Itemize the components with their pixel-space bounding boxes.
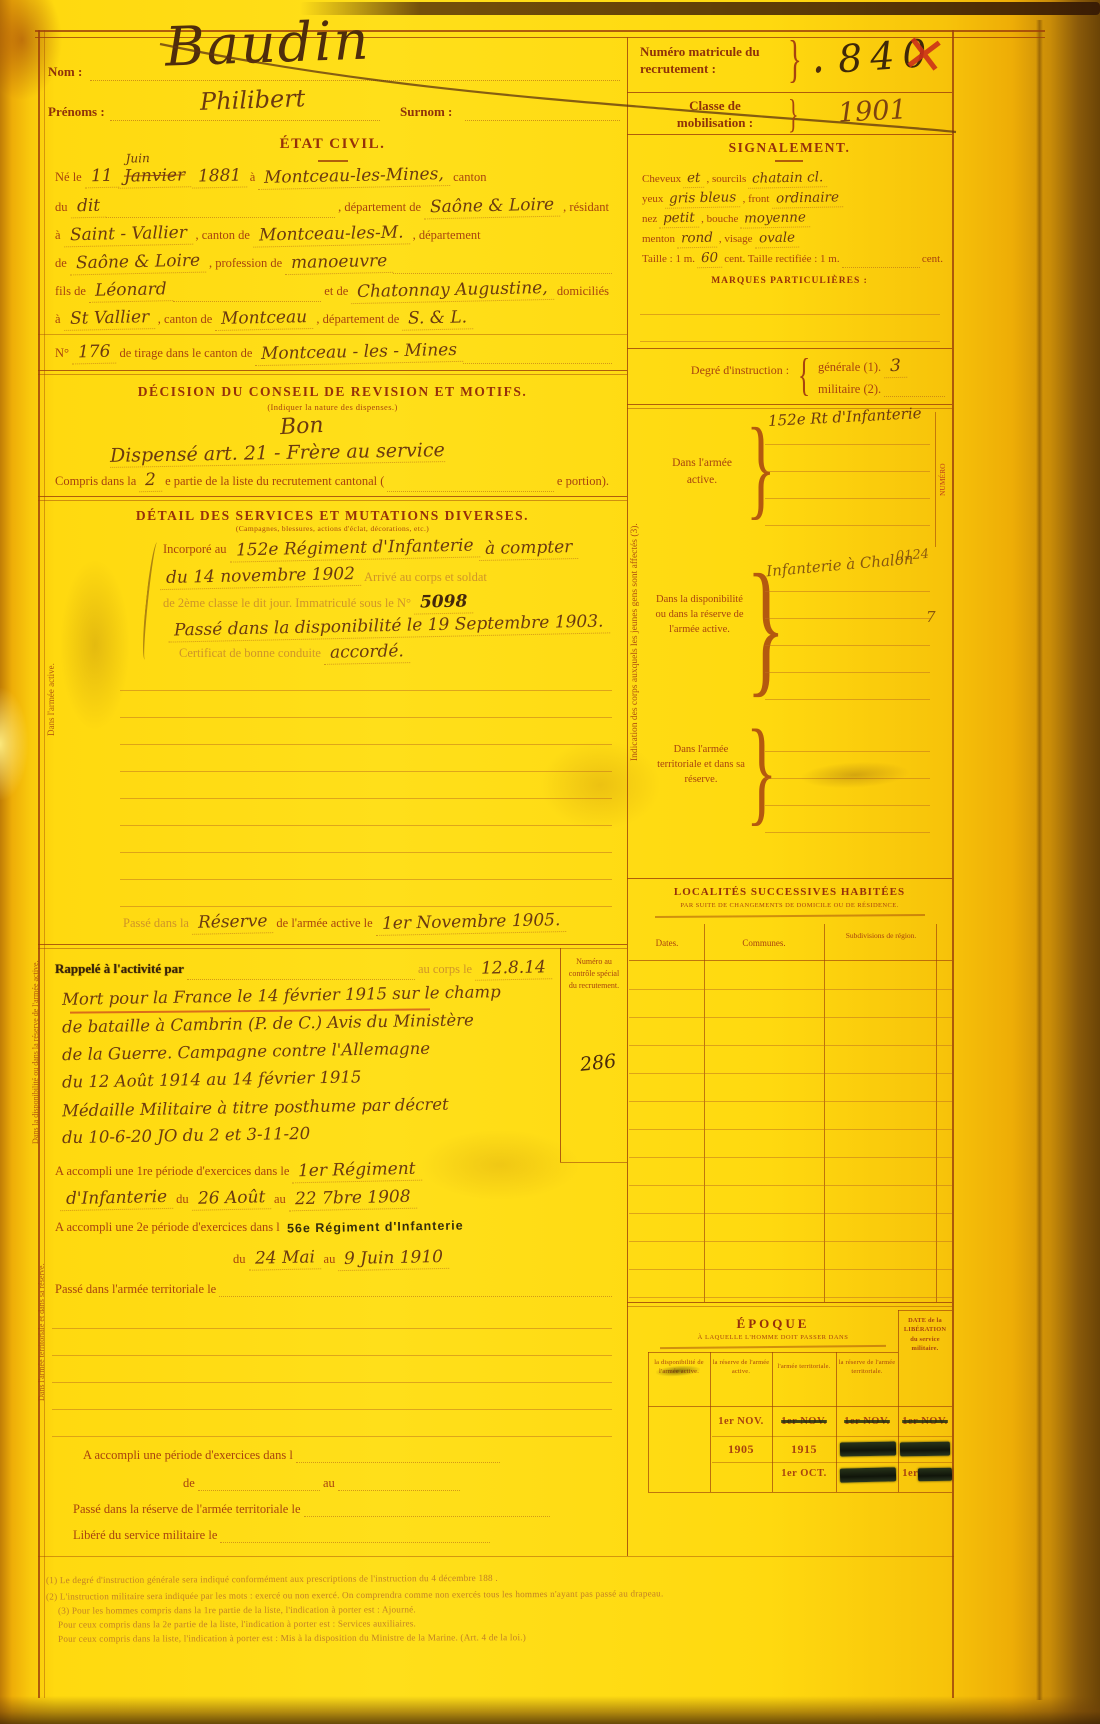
signalement-row: nezpetit, bouchemoyenne: [640, 210, 945, 228]
corps-box-territoriale-label: Dans l'armée territoriale et dans sa rés…: [655, 742, 747, 788]
pen-bracket: [140, 542, 162, 660]
rappel-hand-line: Médaille Militaire à titre posthume par …: [62, 1095, 449, 1121]
epoque-col-header: l'armée territoriale.: [774, 1362, 834, 1371]
section-line: [38, 370, 627, 371]
epoque-header-line: [648, 1406, 952, 1407]
decision-subtitle: (Indiquer la nature des dispenses.): [38, 402, 627, 412]
localites-header-line: [629, 960, 952, 961]
numero-strip-label: NUMÉRO: [938, 430, 947, 530]
decision-title: DÉCISION DU CONSEIL DE REVISION ET MOTIF…: [38, 384, 627, 400]
localites-header-communes: Communes.: [706, 938, 822, 948]
blank-ruled-lines: [120, 664, 612, 907]
instruction-generale-value: 3: [884, 356, 907, 378]
service-line: Incorporé au152e Régiment d'Infanterieà …: [160, 538, 610, 560]
services-title: DÉTAIL DES SERVICES ET MUTATIONS DIVERSE…: [38, 508, 627, 524]
fill-line: [884, 383, 945, 397]
signalement-row: Taille : 1 m.60cent. Taille rectifiée : …: [640, 250, 945, 268]
frame-left-line: [38, 30, 40, 1698]
localites-title: LOCALITÉS SUCCESSIVES HABITÉES: [627, 886, 952, 898]
header-row-line2: [627, 134, 952, 135]
bottom-left-line: deau: [180, 1476, 460, 1491]
corps-box-ruled-lines: [765, 565, 930, 700]
prenoms-value: Philibert: [200, 84, 306, 116]
etat-civil-line: àSaint - Vallier, canton deMontceau-les-…: [52, 224, 612, 246]
corps-box-side-number2: 7: [926, 608, 936, 626]
section-line: [38, 374, 627, 375]
rappel-hand-line: du 10-6-20 JO du 2 et 3-11-20: [62, 1124, 310, 1147]
services-subtitle: (Campagnes, blessures, actions d'éclat, …: [38, 524, 627, 533]
localites-header-dates: Dates.: [632, 938, 702, 948]
classe-label: Classe de mobilisation :: [655, 98, 775, 132]
service-line: du 14 novembre 1902Arrivé au corps et so…: [160, 566, 610, 588]
footnote: Pour ceux compris dans la 2e partie de l…: [58, 1618, 416, 1629]
signalement-row: Cheveuxet, sourcilschatain cl.: [640, 170, 945, 188]
numero-strip-line: [935, 412, 936, 547]
corps-box-ruled-lines: [765, 418, 930, 540]
etat-civil-line: Né le11JuinJanvier1881àMontceau-les-Mine…: [52, 166, 612, 188]
signalement-row: mentonrond, visageovale: [640, 230, 945, 248]
section-line: [627, 878, 952, 879]
etat-civil-line: dudit, département deSaône & Loire, rési…: [52, 196, 612, 218]
paper-crease: [1036, 20, 1043, 1700]
marques-label: MARQUES PARTICULIÈRES :: [627, 276, 952, 286]
periode-line: Passé dans l'armée territoriale le: [52, 1282, 612, 1297]
epoque-value: 1er NOV.: [712, 1416, 770, 1427]
section-line: [38, 944, 627, 945]
red-x-mark: ✕: [898, 23, 950, 88]
title-dash: [318, 160, 348, 162]
epoque-col-line: [898, 1310, 899, 1492]
classe-value: 1901: [837, 94, 907, 129]
instruction-brace: {: [798, 352, 810, 398]
date-col-header: DATE de la LIBÉRATION du service militai…: [900, 1316, 950, 1353]
section-line: [38, 496, 627, 497]
controle-column-line: [560, 948, 561, 1162]
paper-torn-notch: [0, 688, 28, 800]
section-line: [38, 334, 627, 335]
rappel-hand-line: de la Guerre. Campagne contre l'Allemagn…: [62, 1039, 430, 1064]
prenoms-ruled-line: [110, 120, 380, 121]
localites-underline: [655, 914, 925, 918]
matricule-brace: }: [788, 34, 802, 86]
epoque-subtitle: À LAQUELLE L'HOMME DOIT PASSER DANS: [648, 1334, 898, 1341]
controle-value: 286: [579, 1050, 617, 1076]
service-line: de 2ème classe le dit jour. Immatriculé …: [160, 592, 610, 614]
etat-civil-line: àSt Vallier, canton deMontceau, départem…: [52, 308, 612, 330]
classe-brace: }: [788, 94, 799, 134]
redaction-mark: [840, 1442, 896, 1457]
rappel-line: Rappelé à l'activité parau corps le12.8.…: [52, 958, 552, 980]
rappel-hand-line: Mort pour la France le 14 février 1915 s…: [62, 982, 501, 1009]
epoque-value: 1915: [774, 1442, 834, 1457]
bottom-left-line: A accompli une période d'exercices dans …: [80, 1448, 500, 1463]
decision-mention: Bon: [279, 413, 324, 440]
signalement-row: yeuxgris bleus, frontordinaire: [640, 190, 945, 208]
epoque-row-line: [712, 1462, 952, 1463]
localites-bottom-line2: [627, 1306, 952, 1307]
bottom-left-line: Libéré du service militaire le: [70, 1528, 490, 1543]
surnom-label: Surnom :: [400, 104, 452, 120]
epoque-underline: [660, 1345, 886, 1349]
instruction-generale-label: générale (1).: [815, 360, 884, 375]
epoque-value: 1er NOV.: [838, 1416, 896, 1427]
localites-bottom-line: [627, 1302, 952, 1303]
service-line: Passé dans la disponibilité le 19 Septem…: [168, 616, 608, 638]
corps-box-side-number: 0124: [896, 547, 930, 564]
epoque-title: ÉPOQUE: [648, 1316, 898, 1332]
compris-line: Compris dans la2e partie de la liste du …: [52, 470, 612, 492]
footnote: (3) Pour les hommes compris dans la 1re …: [58, 1604, 416, 1615]
section-line: [627, 348, 952, 349]
periode-line: A accompli une 2e période d'exercices da…: [52, 1220, 612, 1235]
redaction-mark: [840, 1467, 896, 1482]
tirage-line: N°176de tirage dans le canton deMontceau…: [52, 342, 612, 364]
reserve-line: Passé dans laRéservede l'armée active le…: [120, 912, 612, 934]
frame-left-line2: [44, 30, 45, 1698]
title-dash: [775, 160, 803, 162]
periode-line: d'Infanteriedu26 Aoûtau22 7bre 1908: [60, 1188, 600, 1210]
etat-civil-line: deSaône & Loire, profession demanoeuvre: [52, 252, 612, 274]
corps-box-dispo-label: Dans la disponibilité ou dans la réserve…: [652, 592, 747, 638]
frame-right-line: [952, 30, 954, 1698]
epoque-col-line: [648, 1352, 649, 1492]
section-line: [38, 948, 627, 949]
prenoms-label: Prénoms :: [48, 104, 105, 120]
epoque-col-line: [710, 1352, 711, 1492]
corps-vertical-label: Indication des corps auxquels les jeunes…: [630, 412, 646, 872]
footnote: (1) Le degré d'instruction générale sera…: [46, 1573, 498, 1585]
decision-motif: Dispensé art. 21 - Frère au service: [110, 439, 445, 468]
epoque-col-line: [836, 1352, 837, 1492]
margin-label-armee-active: Dans l'armée active.: [46, 610, 56, 790]
rappel-hand-line: de bataille à Cambrin (P. de C.) Avis du…: [62, 1010, 474, 1036]
instruction-label: Degré d'instruction :: [690, 362, 790, 379]
epoque-value: 1er OCT.: [774, 1468, 834, 1479]
epoque-col-line: [772, 1352, 773, 1492]
localites-subtitle: PAR SUITE DE CHANGEMENTS DE DOMICILE OU …: [627, 902, 952, 909]
rappel-hand-line: du 12 Août 1914 au 14 février 1915: [62, 1067, 362, 1091]
epoque-value: 1905: [712, 1442, 770, 1457]
margin-label-disponibilite: Dans la disponibilité ou dans la réserve…: [30, 935, 56, 1170]
margin-label-territoriale: Dans l'armée territoriale et dans sa rés…: [36, 1225, 60, 1440]
epoque-col-header: la réserve de l'armée active.: [712, 1358, 770, 1377]
instruction-militaire: militaire (2).: [815, 382, 945, 397]
scanned-military-record: { "glyphs": {"brace_r": "}", "brace_l": …: [0, 0, 1100, 1724]
surnom-ruled-line: [465, 120, 620, 121]
controle-label: Numéro au contrôle spécial du recrutemen…: [564, 956, 624, 992]
periode-line: du24 Maiau9 Juin 1910: [230, 1248, 560, 1270]
localites-empty-rows: [629, 962, 952, 1300]
redaction-mark: [918, 1468, 952, 1482]
service-line: Certificat de bonne conduiteaccordé.: [176, 642, 596, 664]
column-divider: [627, 37, 628, 1556]
matricule-label: Numéro matricule du recrutement :: [640, 44, 778, 78]
instruction-militaire-label: militaire (2).: [815, 382, 884, 397]
redaction-mark: [900, 1442, 950, 1457]
footnote-separator: [38, 1556, 954, 1557]
epoque-top-line: [648, 1352, 898, 1353]
etat-civil-line: fils deLéonardet deChatonnay Augustine,d…: [52, 280, 612, 302]
bottom-left-line: Passé dans la réserve de l'armée territo…: [70, 1502, 550, 1517]
epoque-value: 1er NOV.: [774, 1416, 834, 1427]
footnote: (2) L'instruction militaire sera indiqué…: [46, 1588, 664, 1601]
section-line: [38, 500, 627, 501]
periode-line: A accompli une 1re période d'exercices d…: [52, 1160, 612, 1182]
instruction-generale: générale (1). 3: [815, 356, 945, 378]
corps-box-active-label: Dans l'armée active.: [658, 455, 746, 488]
signalement-title: SIGNALEMENT.: [627, 140, 952, 156]
footnote: Pour ceux compris dans la liste, l'indic…: [58, 1632, 526, 1644]
blank-ruled-lines: [640, 288, 940, 343]
date-col-top-line: [898, 1310, 952, 1311]
epoque-date-value: 1er NOV.: [900, 1416, 950, 1427]
localites-header-subdivisions: Subdivisions de région.: [828, 930, 934, 941]
epoque-bottom-line: [648, 1492, 952, 1493]
paper-edge-bottom: [0, 1696, 1100, 1724]
blank-ruled-lines: [52, 1302, 612, 1438]
epoque-col-header: la réserve de l'armée territoriale.: [838, 1358, 896, 1377]
epoque-row-line: [712, 1436, 952, 1437]
etat-civil-title: ÉTAT CIVIL.: [38, 136, 627, 153]
